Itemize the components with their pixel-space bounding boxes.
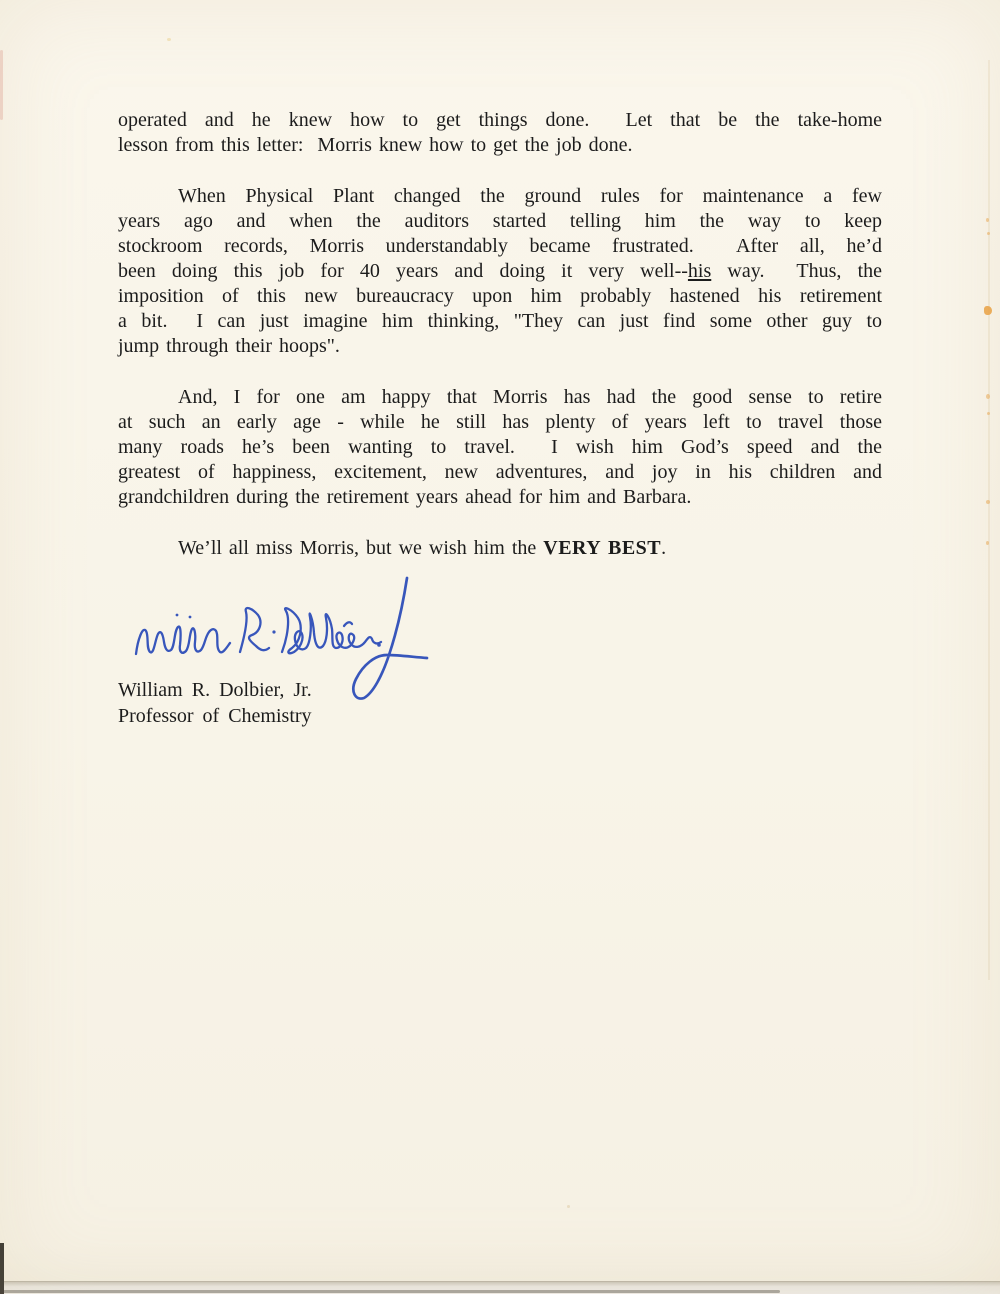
letter-line: When Physical Plant changed the ground r… [118,184,882,209]
paper-speckle [986,394,990,399]
letter-line: a bit. I can just imagine him thinking, … [118,309,882,334]
letter-line: many roads he’s been wanting to travel. … [118,435,882,460]
line-segment: We’ll all miss Morris, but we wish him t… [178,537,543,559]
paper-speckle [984,306,992,315]
line-segment: been doing this job for 40 years and doi… [118,260,688,282]
paper-speckle [986,218,989,222]
line-segment: . [661,537,666,559]
letter-line: grandchildren during the retirement year… [118,485,882,510]
paper-speckle [986,541,989,545]
letter-line: jump through their hoops". [118,334,882,359]
paper-speckle [987,232,990,235]
letter-line: stockroom records, Morris understandably… [118,234,882,259]
line-segment: way. Thus, the [711,260,882,282]
letter-body: operated and he knew how to get things d… [118,108,882,587]
paragraph-continuation: operated and he knew how to get things d… [118,108,882,158]
scan-corner-mark [0,1243,4,1294]
letter-line: been doing this job for 40 years and doi… [118,259,882,284]
typed-signature-title: Professor of Chemistry [118,704,312,729]
paragraph-closing: We’ll all miss Morris, but we wish him t… [118,536,882,561]
scan-bottom-shadow [0,1290,780,1293]
letter-line: operated and he knew how to get things d… [118,108,882,133]
paragraph-happy-retirement: And, I for one am happy that Morris has … [118,385,882,510]
letter-line: lesson from this letter: Morris knew how… [118,133,882,158]
letter-line: years ago and when the auditors started … [118,209,882,234]
letter-line: at such an early age - while he still ha… [118,410,882,435]
typed-signature-name: William R. Dolbier, Jr. [118,678,312,703]
letter-line: imposition of this new bureaucracy upon … [118,284,882,309]
underlined-word: his [688,260,711,282]
paper-fold-line [988,60,990,980]
paper-speckle [987,412,990,415]
paper-speckle [167,38,171,41]
letter-page: operated and he knew how to get things d… [0,0,1000,1294]
letter-line: greatest of happiness, excitement, new a… [118,460,882,485]
paper-speckle [567,1205,570,1208]
paper-edge-tint [0,50,3,120]
paper-speckle [986,500,990,504]
letter-line: And, I for one am happy that Morris has … [118,385,882,410]
emphasized-phrase: VERY BEST [543,537,661,559]
paragraph-physical-plant: When Physical Plant changed the ground r… [118,184,882,359]
letter-line: We’ll all miss Morris, but we wish him t… [118,536,882,561]
